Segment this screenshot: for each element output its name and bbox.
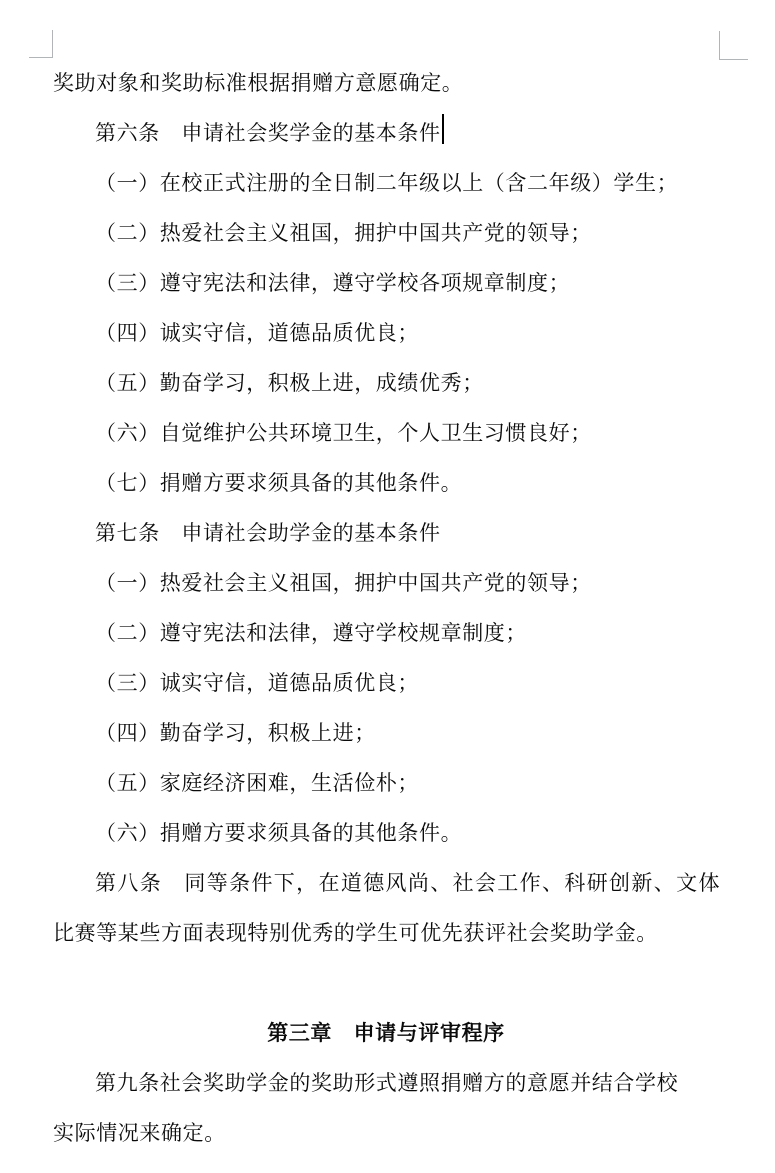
margin-mark-top-right-horizontal [719, 59, 748, 60]
list-item[interactable]: （七）捐赠方要求须具备的其他条件。 [53, 458, 719, 508]
paragraph-text: （四）勤奋学习，积极上进； [95, 721, 376, 745]
paragraph-text: （三）遵守宪法和法律，遵守学校各项规章制度； [95, 271, 570, 295]
list-item[interactable]: （四）勤奋学习，积极上进； [53, 708, 719, 758]
paragraph-text: 实际情况来确定。 [53, 1121, 226, 1145]
paragraph-line-article-9[interactable]: 第九条社会奖助学金的奖助形式遵照捐赠方的意愿并结合学校 [53, 1058, 719, 1108]
paragraph-line[interactable]: 奖助对象和奖助标准根据捐赠方意愿确定。 [53, 58, 719, 108]
paragraph-line[interactable]: 实际情况来确定。 [53, 1108, 719, 1158]
list-item[interactable]: （一）在校正式注册的全日制二年级以上（含二年级）学生； [53, 158, 719, 208]
list-item[interactable]: （二）遵守宪法和法律，遵守学校规章制度； [53, 608, 719, 658]
list-item[interactable]: （四）诚实守信，道德品质优良； [53, 308, 719, 358]
list-item[interactable]: （五）家庭经济困难，生活俭朴； [53, 758, 719, 808]
paragraph-line-article-8[interactable]: 第八条 同等条件下，在道德风尚、社会工作、科研创新、文体 [53, 858, 719, 908]
paragraph-text: 第六条 申请社会奖学金的基本条件 [95, 121, 441, 145]
paragraph-text: （一）热爱社会主义祖国，拥护中国共产党的领导； [95, 571, 592, 595]
document-page: 奖助对象和奖助标准根据捐赠方意愿确定。 第六条 申请社会奖学金的基本条件 （一）… [0, 0, 775, 1173]
chapter-heading-text: 第三章 申请与评审程序 [267, 1021, 505, 1045]
paragraph-text: （五）家庭经济困难，生活俭朴； [95, 771, 419, 795]
paragraph-text: （六）自觉维护公共环境卫生，个人卫生习惯良好； [95, 421, 592, 445]
paragraph-text: （四）诚实守信，道德品质优良； [95, 321, 419, 345]
paragraph-text: （七）捐赠方要求须具备的其他条件。 [95, 471, 462, 495]
paragraph-text: （六）捐赠方要求须具备的其他条件。 [95, 821, 462, 845]
paragraph-text: （二）遵守宪法和法律，遵守学校规章制度； [95, 621, 527, 645]
list-item[interactable]: （三）遵守宪法和法律，遵守学校各项规章制度； [53, 258, 719, 308]
paragraph-text: 第七条 申请社会助学金的基本条件 [95, 521, 441, 545]
margin-mark-top-right-vertical [719, 31, 720, 59]
paragraph-text: 奖助对象和奖助标准根据捐赠方意愿确定。 [53, 71, 463, 95]
paragraph-text: （三）诚实守信，道德品质优良； [95, 671, 419, 695]
list-item[interactable]: （二）热爱社会主义祖国，拥护中国共产党的领导； [53, 208, 719, 258]
paragraph-text: （一）在校正式注册的全日制二年级以上（含二年级）学生； [95, 171, 678, 195]
margin-mark-top-left-vertical [52, 30, 53, 57]
chapter-heading[interactable]: 第三章 申请与评审程序 [53, 1008, 719, 1058]
paragraph-line-article-6[interactable]: 第六条 申请社会奖学金的基本条件 [53, 108, 719, 158]
paragraph-line-article-7[interactable]: 第七条 申请社会助学金的基本条件 [53, 508, 719, 558]
list-item[interactable]: （六）自觉维护公共环境卫生，个人卫生习惯良好； [53, 408, 719, 458]
paragraph-text: （五）勤奋学习，积极上进，成绩优秀； [95, 371, 484, 395]
paragraph-text: 第八条 同等条件下，在道德风尚、社会工作、科研创新、文体 [95, 871, 721, 895]
paragraph-text: （二）热爱社会主义祖国，拥护中国共产党的领导； [95, 221, 592, 245]
paragraph-line[interactable]: 比赛等某些方面表现特别优秀的学生可优先获评社会奖助学金。 [53, 908, 719, 958]
paragraph-text: 比赛等某些方面表现特别优秀的学生可优先获评社会奖助学金。 [53, 921, 658, 945]
list-item[interactable]: （五）勤奋学习，积极上进，成绩优秀； [53, 358, 719, 408]
list-item[interactable]: （三）诚实守信，道德品质优良； [53, 658, 719, 708]
text-cursor [442, 114, 444, 144]
list-item[interactable]: （六）捐赠方要求须具备的其他条件。 [53, 808, 719, 858]
document-text-area[interactable]: 奖助对象和奖助标准根据捐赠方意愿确定。 第六条 申请社会奖学金的基本条件 （一）… [53, 58, 719, 1158]
margin-mark-top-left-horizontal [29, 57, 53, 58]
paragraph-text: 第九条社会奖助学金的奖助形式遵照捐赠方的意愿并结合学校 [95, 1071, 678, 1095]
blank-line[interactable] [53, 958, 719, 1008]
list-item[interactable]: （一）热爱社会主义祖国，拥护中国共产党的领导； [53, 558, 719, 608]
